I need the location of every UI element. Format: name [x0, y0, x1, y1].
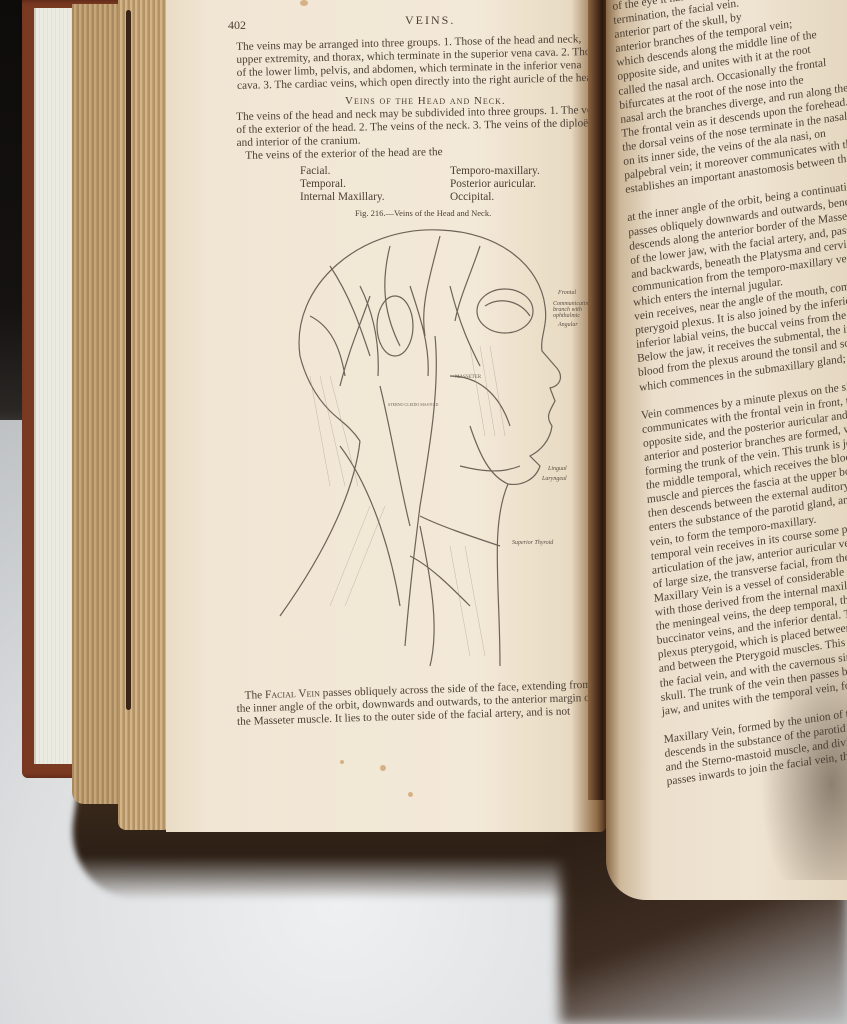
vein-list-item: Occipital.: [450, 191, 580, 204]
page-number: 402: [228, 18, 246, 33]
sterno-label: STERNO CLEIDO MASTOID: [388, 402, 438, 407]
label-laryngeal: Laryngeal: [542, 476, 567, 482]
head-neck-veins-illustration: MASSETER STERNO CLEIDO MASTOID: [270, 226, 570, 676]
section-paragraph: The veins of the head and neck may be su…: [236, 104, 607, 163]
foxing-spot: [380, 765, 386, 771]
book-photo-scene: 402 VEINS. The veins may be arranged int…: [0, 0, 847, 1024]
hand-shadow: [760, 640, 847, 880]
vein-list-item: Internal Maxillary.: [300, 191, 450, 204]
label-superior-thyroid: Superior Thyroid: [512, 540, 553, 546]
section-paragraph-text: The veins of the head and neck may be su…: [236, 104, 605, 149]
running-head: VEINS.: [405, 13, 455, 28]
foxing-spot: [300, 0, 308, 6]
vein-list-item: Temporo-maxillary.: [450, 165, 580, 178]
foxing-spot: [340, 760, 344, 764]
vein-list-item: Posterior auricular.: [450, 178, 580, 191]
label-frontal: Frontal: [558, 290, 576, 296]
intro-paragraph: The veins may be arranged into three gro…: [236, 33, 607, 93]
facial-vein-prefix: The: [244, 689, 262, 702]
foxing-spot: [408, 792, 413, 797]
masseter-label: MASSETER: [455, 375, 482, 380]
list-intro: The veins of the exterior of the head ar…: [245, 146, 442, 162]
label-communicating: Communicating branch with ophthalmic: [553, 301, 583, 319]
vein-list-item: Temporal.: [300, 178, 450, 191]
facial-vein-heading: Facial Vein: [265, 687, 320, 701]
label-angular: Angular: [558, 322, 578, 328]
page-gap: [126, 10, 131, 710]
vein-list-item: Facial.: [300, 165, 450, 178]
vein-list: Facial. Temporo-maxillary. Temporal. Pos…: [300, 165, 580, 204]
section-title: Veins of the Head and Neck.: [345, 95, 506, 107]
anatomical-illustration-head-neck: MASSETER STERNO CLEIDO MASTOID Frontal C…: [270, 226, 570, 676]
figure-caption: Fig. 216.—Veins of the Head and Neck.: [355, 208, 491, 218]
label-lingual: Lingual: [548, 466, 567, 472]
